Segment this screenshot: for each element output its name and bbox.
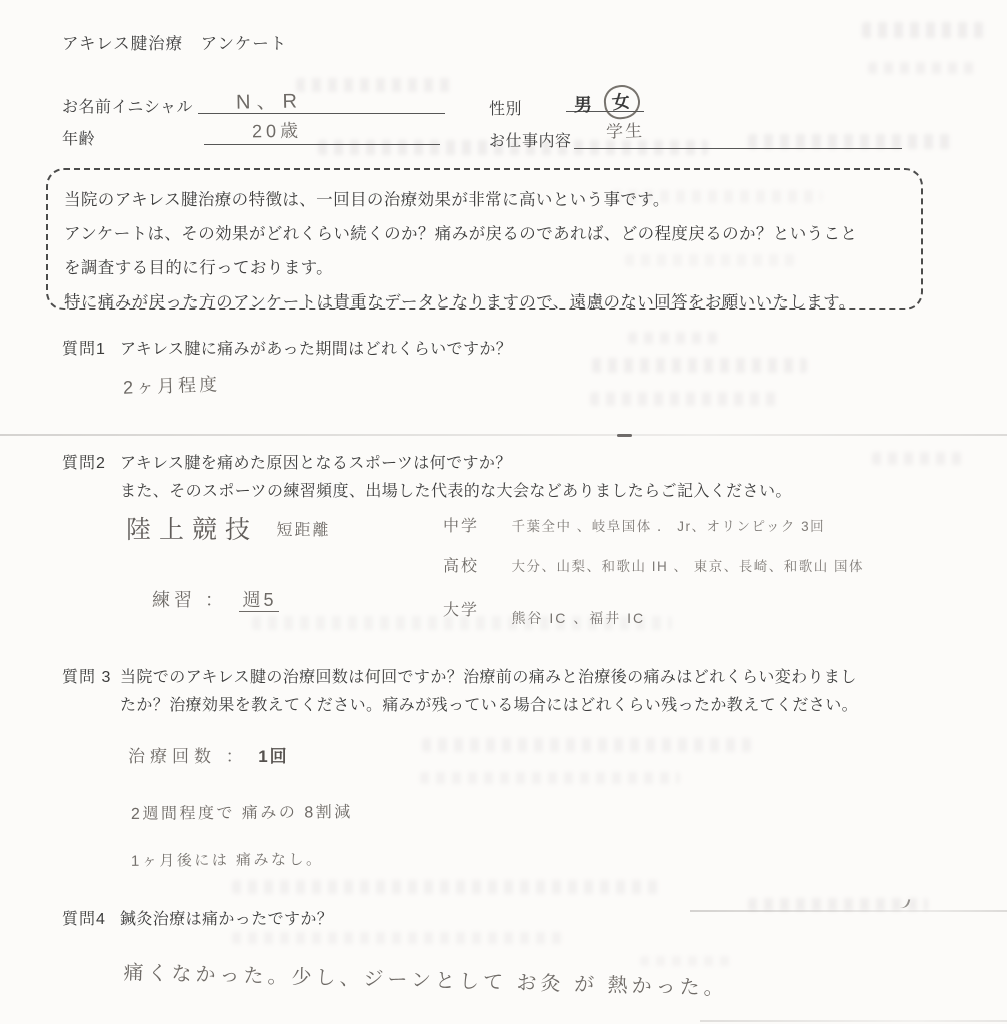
school-row: 高校 大分、山梨、和歌山 IH 、 東京、長崎、和歌山 国体: [443, 553, 864, 576]
bleedthrough-smudge: [232, 880, 662, 894]
school-label: 中学: [443, 513, 507, 536]
gender-option-female: 女: [611, 91, 631, 113]
intro-line: 当院のアキレス腱治療の特徴は、一回目の治療効果が非常に高いという事です。: [64, 183, 905, 217]
question-2-answer-sport: 陸上競技 短距離: [126, 510, 330, 546]
gender-option-female-circled: 女: [603, 83, 642, 121]
question-1-answer: 2ヶ月程度: [123, 370, 221, 399]
bleedthrough-smudge: [590, 392, 780, 406]
bleedthrough-smudge: [422, 738, 752, 752]
question-2-answer-practice: 練習 ： 週5: [152, 586, 279, 612]
page-title: アキレス腱治療 アンケート: [62, 30, 287, 54]
question-4-label: 質問4: [62, 906, 120, 929]
question-2-answer-schools: 中学 千葉全中 、岐阜国体 ． Jr、オリンピック 3回 高校 大分、山梨、和歌…: [443, 513, 864, 620]
name-label: お名前イニシャル: [62, 94, 193, 117]
sport-style-value: 短距離: [276, 522, 330, 539]
intro-box: 当院のアキレス腱治療の特徴は、一回目の治療効果が非常に高いという事です。 アンケ…: [46, 168, 923, 310]
question-2-text2: また、そのスポーツの練習頻度、出場した代表的な大会などありましたらご記入ください…: [120, 478, 792, 506]
scanned-questionnaire-page: アキレス腱治療 アンケート お名前イニシャル N、R 性別 男 女 年齢 20歳…: [0, 0, 1007, 1024]
bleedthrough-smudge: [420, 772, 680, 784]
question-2-text: アキレス腱を痛めた原因となるスポーツは何ですか？: [120, 450, 512, 478]
question-1-label: 質問1: [62, 336, 120, 359]
job-label: お仕事内容: [489, 128, 572, 151]
school-label: 大学: [443, 597, 507, 620]
school-detail: 熊谷 IC 、福井 IC: [511, 610, 645, 626]
question-3: 質問 3 当院でのアキレス腱の治療回数は何回ですか？治療前の痛みと治療後の痛みは…: [62, 664, 992, 720]
age-field-line: [204, 123, 440, 145]
gender-label: 性別: [489, 96, 522, 119]
practice-label: 練習 ：: [152, 590, 227, 610]
question-1-text: アキレス腱に痛みがあった期間はどれくらいですか？: [120, 336, 512, 364]
school-row: 中学 千葉全中 、岐阜国体 ． Jr、オリンピック 3回: [443, 513, 864, 536]
question-3-answer-line3: 1ヶ月後には 痛みなし。: [131, 848, 324, 871]
age-label: 年齢: [62, 126, 95, 149]
scan-crease: [0, 434, 1007, 436]
question-3-text: 当院でのアキレス腱の治療回数は何回ですか？治療前の痛みと治療後の痛みはどれくらい…: [120, 664, 858, 692]
intro-line: を調査する目的に行っております。: [64, 251, 905, 285]
question-3-text2: たか？治療効果を教えてください。痛みが残っている場合にはどれくらい残ったか教えて…: [120, 692, 858, 720]
bleedthrough-smudge: [296, 78, 456, 92]
school-label: 高校: [443, 553, 507, 576]
question-4-text: 鍼灸治療は痛かったですか？: [120, 906, 333, 934]
question-3-label: 質問 3: [62, 664, 120, 687]
question-3-answer-count: 治療回数 ： 1回: [128, 742, 289, 767]
treatment-count-value: 1回: [258, 747, 288, 766]
bleedthrough-smudge: [862, 22, 984, 38]
job-value: 学生: [606, 116, 645, 142]
bleedthrough-smudge: [868, 62, 980, 74]
sport-value: 陸上競技: [126, 516, 258, 544]
intro-line: 特に痛みが戻った方のアンケートは貴重なデータとなりますので、遠慮のない回答をお願…: [64, 285, 905, 319]
intro-line: アンケートは、その効果がどれくらい続くのか？痛みが戻るのであれば、どの程度戻るの…: [64, 217, 905, 251]
treatment-count-label: 治療回数 ：: [128, 747, 248, 766]
school-detail: 千葉全中 、岐阜国体 ． Jr、オリンピック 3回: [511, 519, 825, 534]
question-1: 質問1 アキレス腱に痛みがあった期間はどれくらいですか？: [62, 336, 962, 364]
bleedthrough-smudge: [640, 956, 730, 966]
question-4: 質問4 鍼灸治療は痛かったですか？: [62, 906, 962, 934]
name-value: N、R: [236, 84, 303, 114]
school-detail: 大分、山梨、和歌山 IH 、 東京、長崎、和歌山 国体: [511, 559, 864, 574]
age-value: 20歳: [252, 117, 302, 144]
gender-option-male: 男: [574, 95, 594, 115]
question-3-answer-line2: 2週間程度で 痛みの 8割減: [131, 799, 353, 824]
practice-value: 週5: [239, 590, 279, 612]
school-row: 大学 熊谷 IC 、福井 IC: [443, 597, 864, 620]
question-4-answer: 痛くなかった。少し、ジーンとして お灸 が 熱かった。: [123, 956, 728, 1001]
scan-crease: [700, 1020, 1007, 1022]
question-2-label: 質問2: [62, 450, 120, 473]
scan-crease-mark: [617, 434, 632, 437]
question-2: 質問2 アキレス腱を痛めた原因となるスポーツは何ですか？: [62, 450, 982, 478]
